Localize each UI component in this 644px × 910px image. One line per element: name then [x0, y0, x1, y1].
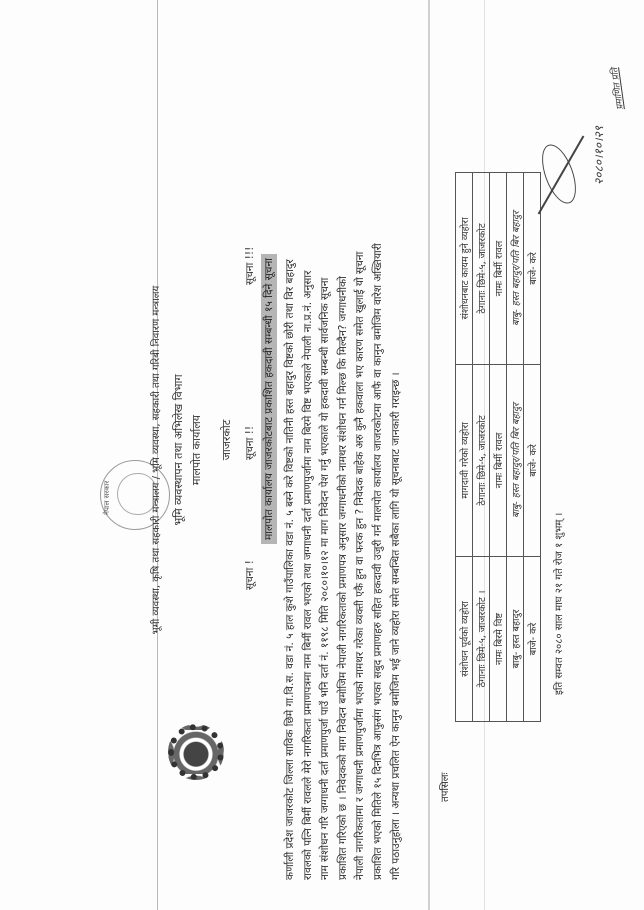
table-cell: नामः बिरमे विष्ट: [490, 556, 507, 721]
body-line: नेपाली नागरिकतामा र जग्गाधनी प्रमाणपुर्ज…: [352, 80, 370, 880]
table-cell: बाबु- हस्त बहादुर/पति बिर बहादुर: [507, 364, 524, 556]
table-header-cell: संशोधनबाट कायम हुने व्यहोरा: [456, 173, 473, 365]
table-row: नामः बिरमे विष्ट नामः बिर्मी रावल नामः ब…: [490, 173, 507, 722]
notice-body: कर्णाली प्रदेश जाजरकोट जिल्ला साविक छिमे…: [282, 80, 405, 880]
body-line: कर्णाली प्रदेश जाजरकोट जिल्ला साविक छिमे…: [282, 80, 300, 880]
body-line: प्रकाशित गरिएको छ । निवेदकको माग निवेदन …: [335, 80, 353, 880]
table-row: ठेगानाः छिमे-५, जाजरकोट । ठेगानाः छिमे-५…: [473, 173, 490, 722]
body-line: गरि पठाउनुहोला । अन्यथा प्रचलित ऐन कानुन…: [388, 80, 406, 880]
scan-fold-line: [428, 0, 430, 910]
notice-label-3: सूचना !!!: [243, 247, 257, 285]
handwritten-date: २०८०।१०।२९: [590, 126, 607, 185]
details-table: संशोधन पूर्वको व्यहोरा मागदावी गरेको व्य…: [455, 172, 541, 722]
ministry-line: भूमी व्यवस्था, कृषि तथा सहकारी मन्त्रालय…: [150, 250, 163, 670]
table-row: बाबु- हस्त बहादुर बाबु- हस्त बहादुर/पति …: [507, 173, 524, 722]
table-cell: बाजे- करे: [524, 173, 541, 365]
table-cell: बाजे- करे: [524, 556, 541, 721]
notice-heading: मालपोत कार्यालय जाजरकोटबाट प्रकाशित हकदा…: [261, 254, 277, 544]
table-row: बाजे- करे बाजे- करे बाजे- करे: [524, 173, 541, 722]
nepal-emblem-icon: [168, 724, 224, 780]
table-cell: नामः बिर्मी रावल: [490, 364, 507, 556]
table-cell: ठेगानाः छिमे-५, जाजरकोट: [473, 364, 490, 556]
office-name: मालपोत कार्यालय: [190, 370, 203, 530]
body-line: नाम संशोधन गरि जग्गाधनी दर्ता प्रमाणपुर्…: [317, 80, 335, 880]
table-row: संशोधन पूर्वको व्यहोरा मागदावी गरेको व्य…: [456, 173, 473, 722]
district-name: जाजरकोट: [220, 390, 233, 490]
details-label: तपसिलः: [437, 772, 451, 802]
body-line: रावलको पत्नि बिर्मी रावलले मेरो नागरिकता…: [300, 80, 318, 880]
table-cell: ठेगानाः छिमे-५, जाजरकोट: [473, 173, 490, 365]
notice-label-2: सूचना !!: [243, 426, 257, 460]
handwritten-stamp-note: प्रमाणित प्रति: [607, 67, 626, 111]
table-header-cell: संशोधन पूर्वको व्यहोरा: [456, 556, 473, 721]
table-header-cell: मागदावी गरेको व्यहोरा: [456, 364, 473, 556]
table-cell: ठेगानाः छिमे-५, जाजरकोट ।: [473, 556, 490, 721]
department-line: भूमि व्यवस्थापन तथा अभिलेख विभाग: [172, 320, 185, 580]
rotated-notice-page: नेपाल सरकार भूमी व्यवस्था, कृषि तथा सहका…: [0, 0, 644, 910]
table-cell: बाजे- करे: [524, 364, 541, 556]
closing-line: इति सम्वत २०८० साल माघ २१ गते रोज १ शुभम…: [551, 513, 565, 695]
seal-text: नेपाल सरकार: [103, 481, 112, 515]
table-cell: बाबु- हस्त बहादुर: [507, 556, 524, 721]
table-cell: नामः बिर्मी रावल: [490, 173, 507, 365]
table-cell: बाबु- हस्त बहादुर/पति बिर बहादुर: [507, 173, 524, 365]
notice-label-1: सूचना !: [243, 560, 257, 590]
body-line: प्रकाशित भएको मितिले १५ दिनभित्र आफुसंग …: [370, 80, 388, 880]
